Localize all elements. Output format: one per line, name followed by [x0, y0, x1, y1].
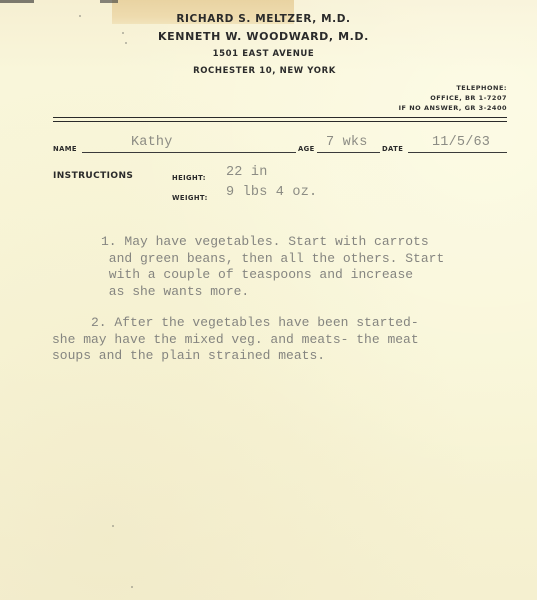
height-label: HEIGHT:: [172, 174, 206, 182]
age-line: [317, 152, 380, 153]
scan-edge: [0, 0, 537, 3]
office-phone: OFFICE, BR 1-7207: [430, 94, 507, 102]
date-line: [408, 152, 507, 153]
name-line: [82, 152, 296, 153]
divider-rule: [53, 117, 507, 118]
name-value: Kathy: [131, 135, 173, 150]
paper-speck: [79, 15, 81, 17]
instruction-1: 1. May have vegetables. Start with carro…: [101, 234, 444, 300]
paper-speck: [122, 32, 124, 34]
city-address: ROCHESTER 10, NEW YORK: [0, 66, 533, 76]
doctor-name-2: KENNETH W. WOODWARD, M.D.: [0, 30, 532, 43]
date-label: DATE: [382, 145, 403, 153]
street-address: 1501 EAST AVENUE: [0, 49, 532, 59]
telephone-label: TELEPHONE:: [456, 84, 507, 92]
instructions-label: INSTRUCTIONS: [53, 171, 133, 181]
weight-label: WEIGHT:: [172, 194, 208, 202]
paper-speck: [131, 586, 133, 588]
paper-speck: [125, 42, 127, 44]
paper-speck: [112, 525, 114, 527]
divider-rule: [53, 121, 507, 122]
weight-value: 9 lbs 4 oz.: [226, 185, 317, 200]
instruction-2: 2. After the vegetables have been starte…: [52, 315, 419, 365]
alternate-phone: IF NO ANSWER, GR 3-2400: [399, 104, 507, 112]
age-value: 7 wks: [326, 135, 368, 150]
age-label: AGE: [298, 145, 315, 153]
date-value: 11/5/63: [432, 135, 490, 150]
name-label: NAME: [53, 145, 77, 153]
height-value: 22 in: [226, 165, 268, 180]
